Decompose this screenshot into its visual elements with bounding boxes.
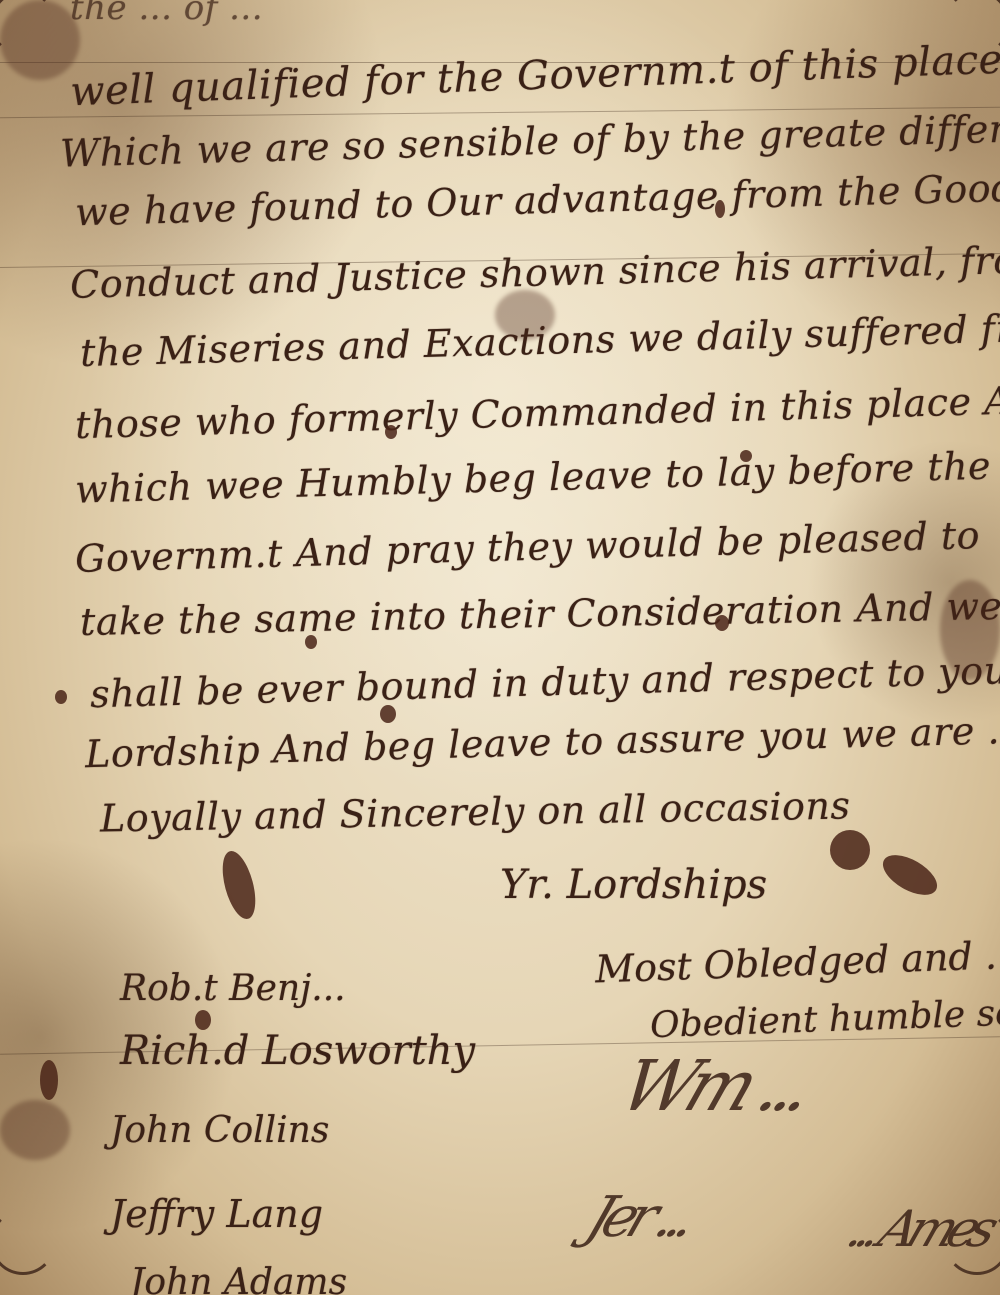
ink-stain xyxy=(715,200,725,218)
ink-blot xyxy=(0,0,80,80)
signature: Rich.d Losworthy xyxy=(120,1028,475,1074)
letter-line: the ... of ... xyxy=(70,0,263,28)
closing-salutation: Yr. Lordships xyxy=(500,862,767,908)
ink-stain xyxy=(55,690,67,704)
ink-stain xyxy=(40,1060,58,1100)
signature: Jeffry Lang xyxy=(110,1192,323,1236)
signature: John Collins xyxy=(110,1110,329,1151)
ink-stain xyxy=(385,425,397,439)
ink-stain xyxy=(195,1010,211,1030)
signature: John Adams xyxy=(130,1262,347,1295)
ink-blot xyxy=(0,1100,70,1160)
ink-blot xyxy=(495,290,555,340)
ink-blot xyxy=(940,580,1000,680)
ink-stain xyxy=(715,615,729,631)
ink-stain xyxy=(305,635,317,649)
ink-stain xyxy=(830,830,870,870)
ink-stain xyxy=(380,705,396,723)
ink-stain xyxy=(740,450,752,462)
signature: ... Ames xyxy=(839,1200,998,1258)
signature: Rob.t Benj... xyxy=(120,968,346,1009)
signature: Wm ... xyxy=(610,1045,819,1127)
